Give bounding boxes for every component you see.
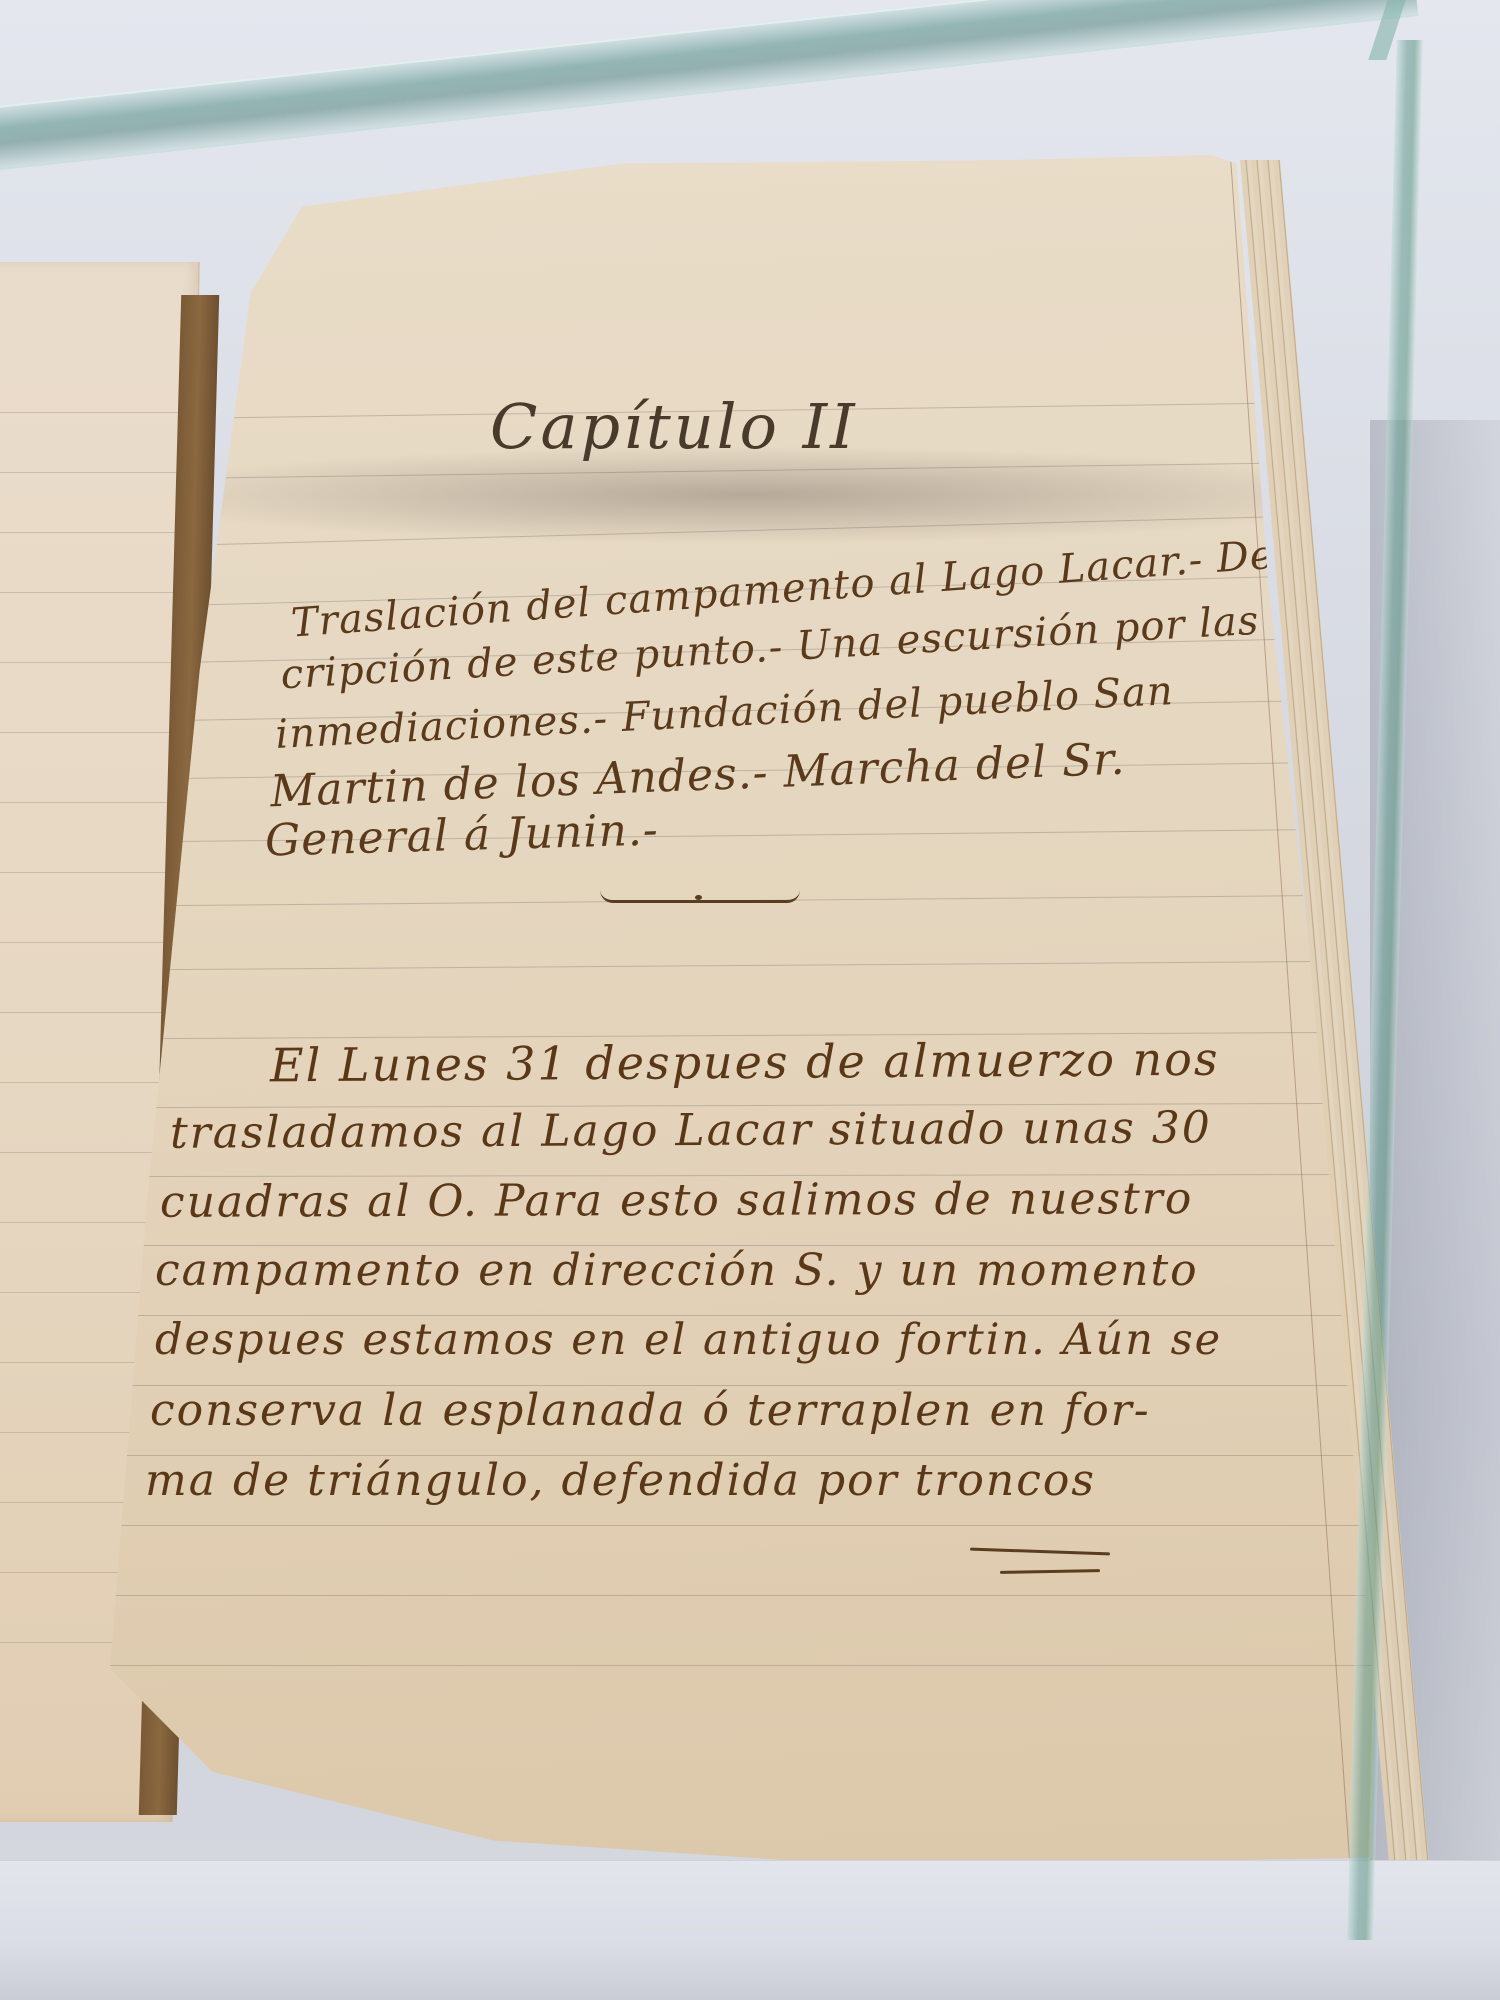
body-text-line: cuadras al O. Para esto salimos de nuest… xyxy=(160,1173,1193,1228)
left-page-rule xyxy=(0,732,190,733)
end-flourish-mark xyxy=(970,1548,1110,1556)
ruled-line xyxy=(110,961,1390,971)
body-text-line: conserva la esplanada ó terraplen en for… xyxy=(150,1385,1151,1436)
chapter-title: Capítulo II xyxy=(490,390,858,463)
chapter-summary-line: General á Junin.- xyxy=(264,805,659,867)
left-page-rule xyxy=(0,662,192,663)
ruled-line xyxy=(110,1665,1390,1666)
body-text-line: despues estamos en el antiguo fortin. Aú… xyxy=(155,1315,1222,1365)
left-page-rule xyxy=(0,872,188,873)
body-text-line: ma de triángulo, defendida por troncos xyxy=(145,1455,1096,1506)
ruled-line xyxy=(110,1525,1390,1526)
left-page-rule xyxy=(0,592,193,593)
ruled-line xyxy=(110,1595,1390,1596)
glass-case-top-edge xyxy=(0,0,1418,174)
left-page-rule xyxy=(0,942,187,943)
ruled-line xyxy=(110,461,1390,480)
left-page-rule xyxy=(0,1082,184,1083)
body-text-line: El Lunes 31 despues de almuerzo nos xyxy=(270,1032,1220,1093)
manuscript-page: Capítulo II Traslación del campamento al… xyxy=(110,155,1390,1875)
section-divider-dot xyxy=(695,895,702,900)
left-page-rule xyxy=(0,472,195,473)
end-flourish-mark xyxy=(1000,1569,1100,1574)
museum-display-scene: Capítulo II Traslación del campamento al… xyxy=(0,0,1500,2000)
body-text-line: trasladamos al Lago Lacar situado unas 3… xyxy=(170,1102,1212,1158)
left-page-rule xyxy=(0,1012,186,1013)
display-shelf xyxy=(0,1860,1500,2000)
left-page-rule xyxy=(0,532,194,533)
left-page-rule xyxy=(0,412,196,413)
left-page-rule xyxy=(0,802,189,803)
body-text-line: campamento en dirección S. y un momento xyxy=(155,1245,1199,1296)
